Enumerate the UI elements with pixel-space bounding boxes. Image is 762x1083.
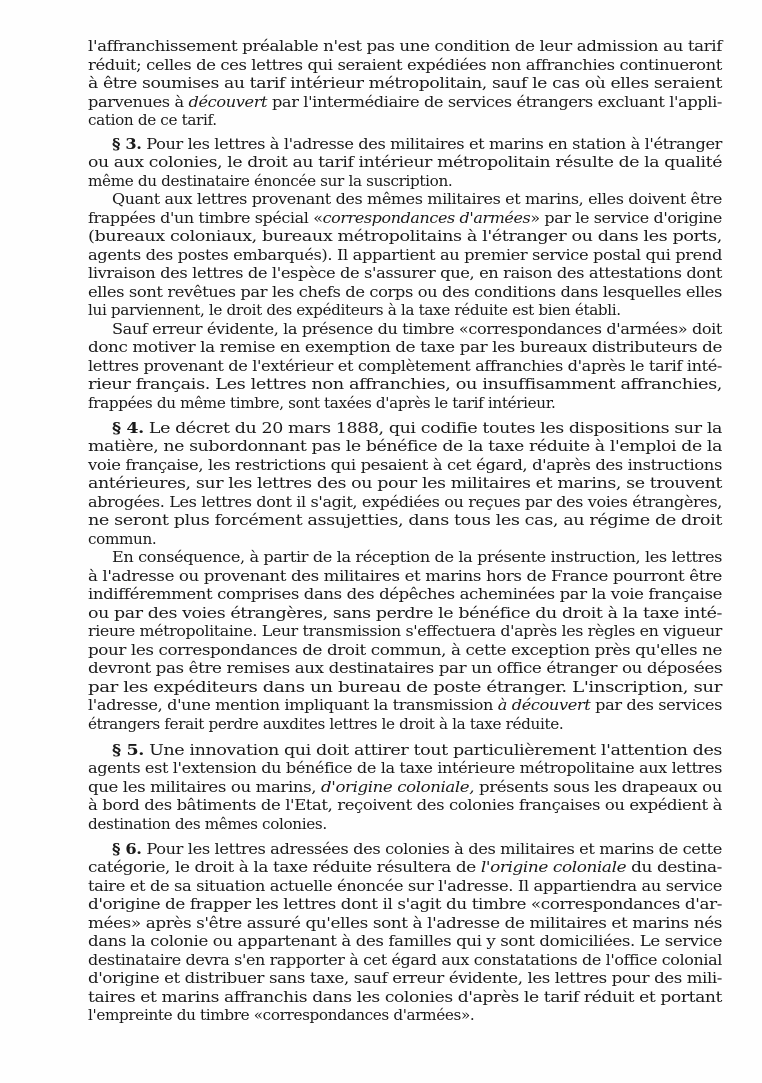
text-line: l'adresse, d'une mention impliquant la t…: [88, 696, 722, 715]
line-text: par les expéditeurs dans un bureau de po…: [88, 678, 722, 696]
text-line: devront pas être remises aux destinatair…: [88, 659, 722, 678]
line-text: d'origine et distribuer sans taxe, sauf …: [88, 969, 722, 987]
text-line: elles sont revêtues par les chefs de cor…: [88, 283, 722, 302]
text-line: mées» après s'être assuré qu'elles sont …: [88, 914, 722, 933]
line-text: abrogées. Les lettres dont il s'agit, ex…: [88, 493, 722, 511]
text-line: voie française, les restrictions qui pes…: [88, 456, 722, 475]
text-line: à l'adresse ou provenant des militaires …: [88, 567, 722, 586]
line-text: taires et marins affranchis dans les col…: [88, 988, 722, 1006]
text-line: à bord des bâtiments de l'Etat, reçoiven…: [88, 796, 722, 815]
text-line: § 5. Une innovation qui doit attirer tou…: [112, 741, 722, 760]
text-line: § 6. Pour les lettres adressées des colo…: [112, 840, 722, 859]
line-text: rieure métropolitaine. Leur transmission…: [88, 622, 722, 640]
text-line: même du destinataire énoncée sur la susc…: [88, 172, 722, 191]
text-line: § 4. Le décret du 20 mars 1888, qui codi…: [112, 419, 722, 438]
text-line: d'origine et distribuer sans taxe, sauf …: [88, 969, 722, 988]
section-number: § 3.: [112, 135, 141, 153]
text-line: agents est l'extension du bénéfice de la…: [88, 759, 722, 778]
text-line: l'empreinte du timbre «correspondances d…: [88, 1006, 722, 1025]
line-text: dans la colonie ou appartenant à des fam…: [88, 932, 722, 950]
line-text: ou aux colonies, le droit au tarif intér…: [88, 153, 722, 171]
line-text: Pour les lettres à l'adresse des militai…: [141, 135, 722, 153]
text-line: indifféremment comprises dans des dépêch…: [88, 585, 722, 604]
text-line: cation de ce tarif.: [88, 111, 722, 130]
line-text: frappées d'un timbre spécial «: [88, 209, 323, 227]
text-line: destination des mêmes colonies.: [88, 815, 722, 834]
line-text: cation de ce tarif.: [88, 111, 217, 129]
line-text: Pour les lettres adressées des colonies …: [142, 840, 722, 858]
line-text: à l'adresse ou provenant des militaires …: [88, 567, 722, 585]
text-line: destinataire devra s'en rapporter à cet …: [88, 951, 722, 970]
text-line: réduit; celles de ces lettres qui seraie…: [88, 56, 722, 75]
section-number: § 4.: [112, 419, 144, 437]
line-text: étrangers ferait perdre auxdites lettres…: [88, 715, 563, 733]
line-text: lui parviennent, le droit des expéditeur…: [88, 301, 621, 319]
text-line: En conséquence, à partir de la réception…: [112, 548, 722, 567]
line-text: rieur français. Les lettres non affranch…: [88, 375, 722, 393]
line-text: Une innovation qui doit attirer tout par…: [144, 741, 722, 759]
line-text: l'affranchissement préalable n'est pas u…: [88, 37, 722, 55]
line-text: ou par des voies étrangères, sans perdre…: [88, 604, 722, 622]
line-text: à être soumises au tarif intérieur métro…: [88, 74, 722, 92]
text-line: que les militaires ou marins, d'origine …: [88, 778, 722, 797]
text-line: taires et marins affranchis dans les col…: [88, 988, 722, 1007]
italic-emphasis: à découvert: [498, 696, 591, 714]
text-line: frappées du même timbre, sont taxées d'a…: [88, 394, 722, 413]
line-text: l'empreinte du timbre «correspondances d…: [88, 1006, 474, 1024]
text-line: matière, ne subordonnant pas le bénéfice…: [88, 437, 722, 456]
italic-emphasis: correspondances d'armées: [323, 209, 531, 227]
text-line: dans la colonie ou appartenant à des fam…: [88, 932, 722, 951]
line-text: Quant aux lettres provenant des mêmes mi…: [112, 190, 722, 208]
line-text: En conséquence, à partir de la réception…: [112, 548, 722, 566]
line-text: livraison des lettres de l'espèce de s'a…: [88, 264, 722, 282]
italic-emphasis: d'origine coloniale,: [321, 778, 474, 796]
text-line: étrangers ferait perdre auxdites lettres…: [88, 715, 722, 734]
line-text: l'adresse, d'une mention impliquant la t…: [88, 696, 498, 714]
line-text: lettres provenant de l'extérieur et comp…: [88, 357, 722, 375]
line-text: par des services: [590, 696, 722, 714]
line-text: donc motiver la remise en exemption de t…: [88, 338, 722, 356]
text-line: rieure métropolitaine. Leur transmission…: [88, 622, 722, 641]
text-line: ne seront plus forcément assujetties, da…: [88, 511, 722, 530]
line-text: devront pas être remises aux destinatair…: [88, 659, 722, 677]
text-line: abrogées. Les lettres dont il s'agit, ex…: [88, 493, 722, 512]
line-text: ne seront plus forcément assujetties, da…: [88, 511, 722, 529]
text-line: § 3. Pour les lettres à l'adresse des mi…: [112, 135, 722, 154]
line-text: antérieures, sur les lettres des ou pour…: [88, 474, 722, 492]
line-text: destination des mêmes colonies.: [88, 815, 327, 833]
line-text: Sauf erreur évidente, la présence du tim…: [112, 320, 722, 338]
line-text: du destina-: [626, 858, 722, 876]
text-line: antérieures, sur les lettres des ou pour…: [88, 474, 722, 493]
line-text: voie française, les restrictions qui pes…: [88, 456, 722, 474]
text-line: lettres provenant de l'extérieur et comp…: [88, 357, 722, 376]
italic-emphasis: découvert: [189, 93, 268, 111]
text-line: pour les correspondances de droit commun…: [88, 641, 722, 660]
scanned-document-page: l'affranchissement préalable n'est pas u…: [0, 0, 762, 1083]
line-text: agents des postes embarqués). Il apparti…: [88, 246, 722, 264]
line-text: d'origine de frapper les lettres dont il…: [88, 895, 722, 913]
text-line: ou aux colonies, le droit au tarif intér…: [88, 153, 722, 172]
text-line: Sauf erreur évidente, la présence du tim…: [112, 320, 722, 339]
text-line: livraison des lettres de l'espèce de s'a…: [88, 264, 722, 283]
line-text: (bureaux coloniaux, bureaux métropolitai…: [88, 227, 722, 245]
line-text: commun.: [88, 530, 156, 548]
line-text: frappées du même timbre, sont taxées d'a…: [88, 394, 555, 412]
line-text: catégorie, le droit à la taxe réduite ré…: [88, 858, 481, 876]
line-text: que les militaires ou marins,: [88, 778, 321, 796]
line-text: mées» après s'être assuré qu'elles sont …: [88, 914, 722, 932]
text-line: rieur français. Les lettres non affranch…: [88, 375, 722, 394]
line-text: » par le service d'origine: [530, 209, 722, 227]
line-text: parvenues à: [88, 93, 189, 111]
text-line: commun.: [88, 530, 722, 549]
section-number: § 6.: [112, 840, 142, 858]
text-line: à être soumises au tarif intérieur métro…: [88, 74, 722, 93]
line-text: même du destinataire énoncée sur la susc…: [88, 172, 452, 190]
text-line: catégorie, le droit à la taxe réduite ré…: [88, 858, 722, 877]
text-line: d'origine de frapper les lettres dont il…: [88, 895, 722, 914]
line-text: elles sont revêtues par les chefs de cor…: [88, 283, 722, 301]
text-line: (bureaux coloniaux, bureaux métropolitai…: [88, 227, 722, 246]
text-line: par les expéditeurs dans un bureau de po…: [88, 678, 722, 697]
line-text: à bord des bâtiments de l'Etat, reçoiven…: [88, 796, 722, 814]
line-text: agents est l'extension du bénéfice de la…: [88, 759, 722, 777]
line-text: présents sous les drapeaux ou: [474, 778, 722, 796]
text-line: frappées d'un timbre spécial «correspond…: [88, 209, 722, 228]
line-text: matière, ne subordonnant pas le bénéfice…: [88, 437, 722, 455]
line-text: Le décret du 20 mars 1888, qui codifie t…: [144, 419, 722, 437]
line-text: indifféremment comprises dans des dépêch…: [88, 585, 722, 603]
line-text: par l'intermédiaire de services étranger…: [267, 93, 722, 111]
section-number: § 5.: [112, 741, 144, 759]
text-line: taire et de sa situation actuelle énoncé…: [88, 877, 722, 896]
line-text: taire et de sa situation actuelle énoncé…: [88, 877, 722, 895]
text-line: Quant aux lettres provenant des mêmes mi…: [112, 190, 722, 209]
text-line: l'affranchissement préalable n'est pas u…: [88, 37, 722, 56]
line-text: réduit; celles de ces lettres qui seraie…: [88, 56, 722, 74]
text-line: agents des postes embarqués). Il apparti…: [88, 246, 722, 265]
line-text: pour les correspondances de droit commun…: [88, 641, 722, 659]
italic-emphasis: l'origine coloniale: [481, 858, 626, 876]
text-line: lui parviennent, le droit des expéditeur…: [88, 301, 722, 320]
text-line: parvenues à découvert par l'intermédiair…: [88, 93, 722, 112]
line-text: destinataire devra s'en rapporter à cet …: [88, 951, 722, 969]
text-line: ou par des voies étrangères, sans perdre…: [88, 604, 722, 623]
text-line: donc motiver la remise en exemption de t…: [88, 338, 722, 357]
